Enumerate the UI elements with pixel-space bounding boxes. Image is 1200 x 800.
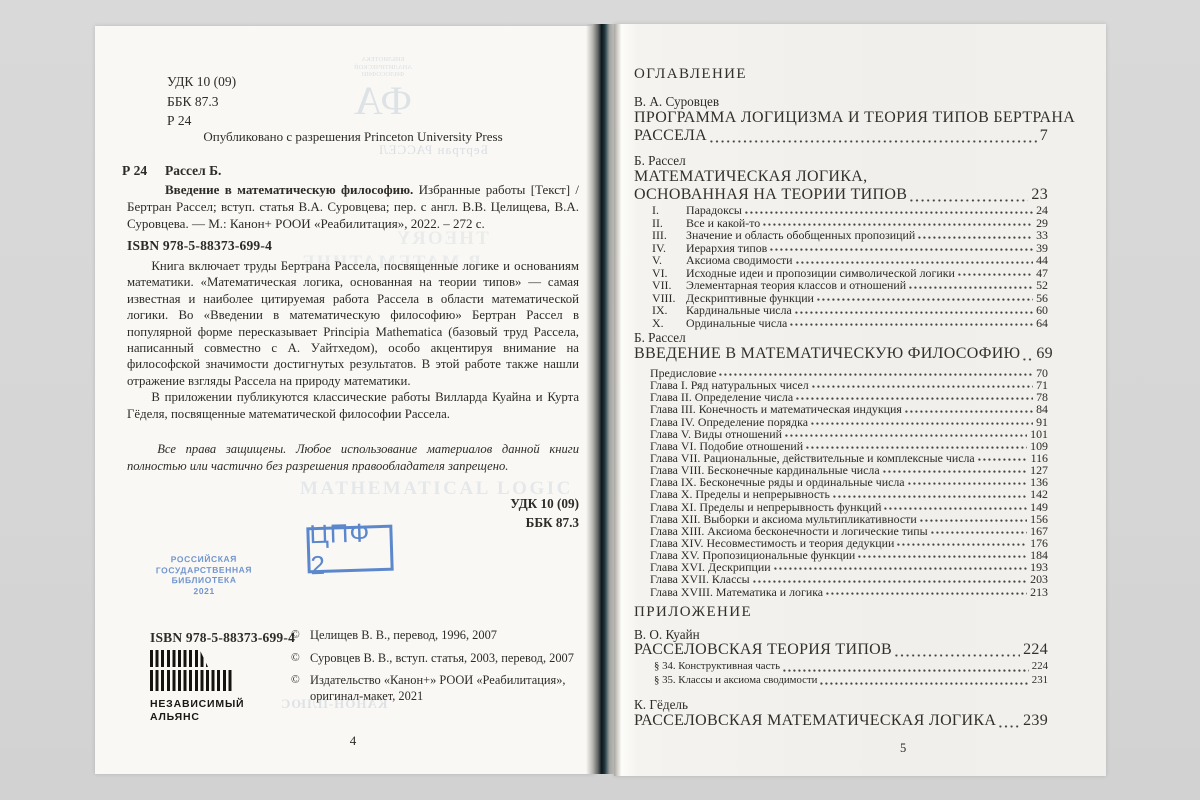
copyright-entry: ©Издательство «Канон+» РООИ «Реабилитаци… [291, 673, 581, 704]
dot-leader [817, 295, 1033, 304]
permission-note: Опубликовано с разрешения Princeton Univ… [127, 129, 579, 145]
toc-title-mathlogic-line2: ОСНОВАННАЯ НА ТЕОРИИ ТИПОВ 23 [634, 186, 1048, 204]
dot-leader [796, 394, 1033, 403]
toc-entry: § 35. Классы и аксиома сводимости 231 [654, 674, 1048, 688]
dot-leader [897, 540, 1027, 549]
copyright-text: Целищев В. В., перевод, 1996, 2007 [310, 628, 497, 642]
copyright-entry: ©Суровцев В. В., вступ. статья, 2003, пе… [291, 651, 581, 667]
copyright-entry: ©Целищев В. В., перевод, 1996, 2007 [291, 628, 581, 644]
dot-leader [883, 467, 1028, 476]
dot-leader [783, 666, 1029, 674]
bib-title: Введение в математическую философию. [165, 182, 413, 197]
toc-title-quine: РАССЕЛОВСКАЯ ТЕОРИЯ ТИПОВ 224 [634, 641, 1048, 659]
toc-page: ОГЛАВЛЕНИЕ В. А. Суровцев ПРОГРАММА ЛОГИ… [614, 24, 1106, 776]
dot-leader [811, 418, 1033, 427]
copyright-icon: © [291, 628, 300, 644]
toc-entry: III. Значение и область обобщенных пропо… [652, 228, 1048, 241]
dot-leader [770, 245, 1033, 254]
annotation-paragraph-1: Книга включает труды Бертрана Рассела, п… [127, 258, 579, 389]
toc-entry-numeral: X. [652, 316, 686, 331]
dot-leader [905, 406, 1033, 415]
imprint-page: БИБЛИОТЕКААНАЛИТИЧЕСКОЙФИЛОСОФИИ ФА Берт… [95, 26, 595, 774]
page-number-right: 5 [900, 741, 906, 756]
classification-block: УДК 10 (09) ББК 87.3 Р 24 [167, 72, 236, 131]
bbk-code: ББК 87.3 [167, 92, 236, 112]
publisher-name: НЕЗАВИСИМЫЙ АЛЬЯНС [150, 698, 244, 724]
dot-leader [920, 515, 1027, 524]
annotation: Книга включает труды Бертрана Рассела, п… [127, 258, 579, 422]
toc-title-intro: ВВЕДЕНИЕ В МАТЕМАТИЧЕСКУЮ ФИЛОСОФИЮ 69 [634, 345, 1048, 363]
library-stamp: РОССИЙСКАЯГОСУДАРСТВЕННАЯБИБЛИОТЕКА2021 [139, 553, 269, 596]
toc-author-russell-1: Б. Рассел [634, 153, 686, 169]
dot-leader [745, 207, 1033, 216]
toc-entry: Глава VII. Рациональные, действительные … [650, 451, 1048, 463]
dot-leader [774, 564, 1028, 573]
toc-entry-page: 224 [1032, 660, 1048, 672]
author-sign-code: Р 24 [167, 111, 236, 131]
toc-entry: II. Все и какой-то 29 [652, 216, 1048, 229]
toc-heading: ОГЛАВЛЕНИЕ [634, 66, 747, 83]
dot-leader [1023, 351, 1033, 363]
dot-leader [858, 552, 1027, 561]
toc-entry: X. Ординальные числа 64 [652, 316, 1048, 329]
udk-code: УДК 10 (09) [167, 72, 236, 92]
toc-entry: Предисловие 70 [650, 366, 1048, 378]
dot-leader [978, 455, 1028, 464]
toc-entry: Глава IX. Бесконечные ряды и ординальные… [650, 475, 1048, 487]
toc-entry-title: § 35. Классы и аксиома сводимости [654, 674, 817, 686]
ghost-series-text: БИБЛИОТЕКААНАЛИТИЧЕСКОЙФИЛОСОФИИ [338, 56, 428, 79]
dot-leader [999, 718, 1020, 730]
toc-entry: Глава VI. Подобие отношений 109 [650, 439, 1048, 451]
toc-entry: I. Парадоксы 24 [652, 203, 1048, 216]
toc-title-surovtsev-line1: ПРОГРАММА ЛОГИЦИЗМА И ТЕОРИЯ ТИПОВ БЕРТР… [634, 109, 1075, 127]
dot-leader [785, 430, 1027, 439]
toc-title-mathlogic-line1: МАТЕМАТИЧЕСКАЯ ЛОГИКА, [634, 168, 867, 186]
dot-leader [790, 320, 1033, 329]
dot-leader [763, 220, 1033, 229]
toc-entry: Глава XII. Выборки и аксиома мультиплика… [650, 512, 1048, 524]
toc-entry-title: Глава XVIII. Математика и логика [650, 585, 823, 600]
dot-leader [719, 370, 1033, 379]
toc-entry: V. Аксиома сводимости 44 [652, 253, 1048, 266]
copyright-text: Суровцев В. В., вступ. статья, 2003, пер… [310, 651, 574, 665]
toc-entry: Глава I. Ряд натуральных чисел 71 [650, 378, 1048, 390]
dot-leader [908, 479, 1028, 488]
toc-author-surovtsev: В. А. Суровцев [634, 94, 719, 110]
publisher-logo-barcode-icon [150, 670, 234, 691]
toc-entry-title: Ординальные числа [686, 316, 787, 331]
toc-title-godel: РАССЕЛОВСКАЯ МАТЕМАТИЧЕСКАЯ ЛОГИКА 239 [634, 712, 1048, 730]
ghost-series-line: БИБЛИОТЕКА [338, 56, 428, 64]
library-stamp-line: ГОСУДАРСТВЕННАЯ [139, 564, 269, 576]
dot-leader [833, 491, 1027, 500]
page-number-left: 4 [127, 733, 579, 749]
toc-entry: Глава XI. Пределы и непрерывность функци… [650, 500, 1048, 512]
ghost-series-line: ФИЛОСОФИИ [338, 71, 428, 79]
ghost-series-line: АНАЛИТИЧЕСКОЙ [338, 64, 428, 72]
dot-leader [918, 232, 1033, 241]
library-stamp-line: 2021 [139, 585, 269, 597]
toc-entry: § 34. Конструктивная часть 224 [654, 660, 1048, 674]
toc-title-surovtsev-line2: РАССЕЛА 7 [634, 127, 1048, 145]
dot-leader [820, 679, 1028, 687]
publisher-logo-barcode-icon [150, 650, 208, 667]
toc-entry-page: 64 [1036, 316, 1048, 331]
toc-entry: Глава XVIII. Математика и логика 213 [650, 585, 1048, 597]
bib-author: Рассел Б. [165, 163, 221, 179]
toc-entry: Глава II. Определение числа 78 [650, 390, 1048, 402]
dot-leader [796, 257, 1034, 266]
rights-notice: Все права защищены. Любое использование … [127, 441, 579, 475]
toc-entry-page: 213 [1030, 585, 1048, 600]
bibliographic-entry: Введение в математическую философию. Изб… [127, 181, 579, 232]
dot-leader [884, 503, 1027, 512]
book-gutter [586, 24, 616, 774]
copyright-list: ©Целищев В. В., перевод, 1996, 2007 ©Сур… [291, 628, 581, 711]
toc-author-godel: К. Гёдель [634, 697, 688, 713]
dot-leader [895, 647, 1020, 659]
toc-entry: Глава XIII. Аксиома бесконечности и логи… [650, 524, 1048, 536]
toc-chapter-items: Предисловие 70 Глава I. Ряд натуральных … [650, 366, 1048, 597]
toc-entry: Глава XVII. Классы 203 [650, 572, 1048, 584]
toc-entry: Глава XV. Пропозициональные функции 184 [650, 548, 1048, 560]
dot-leader [909, 282, 1033, 291]
toc-entry: IX. Кардинальные числа 60 [652, 303, 1048, 316]
catalog-code: Р 24 [122, 163, 147, 179]
toc-entry: Глава XIV. Несовместимость и теория деду… [650, 536, 1048, 548]
dot-leader [806, 442, 1027, 451]
udk-code-bottom: УДК 10 (09) [327, 494, 579, 513]
toc-roman-items: I. Парадоксы 24 II. Все и какой-то 29 II… [652, 203, 1048, 328]
dot-leader [710, 133, 1037, 145]
publisher-logo: НЕЗАВИСИМЫЙ АЛЬЯНС [150, 650, 244, 724]
toc-entry-page: 231 [1032, 674, 1048, 686]
dot-leader [958, 270, 1033, 279]
copyright-text: Издательство «Канон+» РООИ «Реабилитация… [310, 673, 565, 703]
toc-entry: Глава VIII. Бесконечные кардинальные чис… [650, 463, 1048, 475]
toc-entry: VII. Элементарная теория классов и отнош… [652, 278, 1048, 291]
dot-leader [795, 307, 1033, 316]
cpf-stamp: ЦПФ 2 [306, 525, 393, 574]
appendix-heading: ПРИЛОЖЕНИЕ [634, 604, 752, 621]
isbn-top: ISBN 978-5-88373-699-4 [127, 238, 272, 254]
toc-paragraph-items: § 34. Конструктивная часть 224 § 35. Кла… [654, 660, 1048, 687]
dot-leader [812, 382, 1033, 391]
copyright-icon: © [291, 651, 300, 667]
toc-entry: VI. Исходные идеи и пропозиции символиче… [652, 266, 1048, 279]
copyright-icon: © [291, 673, 300, 689]
toc-entry-title: § 34. Конструктивная часть [654, 660, 780, 672]
annotation-paragraph-2: В приложении публикуются классические ра… [127, 389, 579, 422]
toc-entry: Глава V. Виды отношений 101 [650, 427, 1048, 439]
ghost-publisher-logo: ФА [338, 81, 428, 121]
dot-leader [826, 588, 1027, 597]
dot-leader [931, 527, 1028, 536]
isbn-bottom: ISBN 978-5-88373-699-4 [150, 630, 295, 646]
dot-leader [753, 576, 1028, 585]
toc-author-russell-2: Б. Рассел [634, 330, 686, 346]
toc-entry: Глава III. Конечность и математическая и… [650, 402, 1048, 414]
